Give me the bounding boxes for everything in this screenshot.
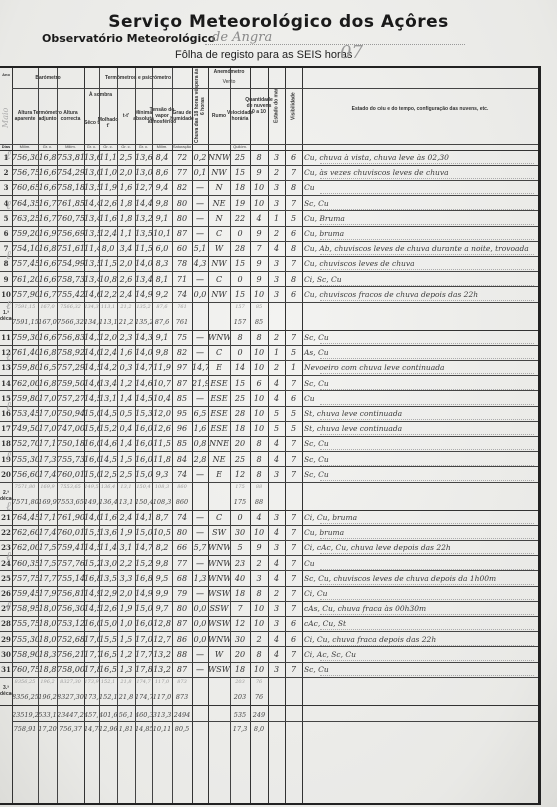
- cell-rain: —: [192, 662, 208, 677]
- cell-cor: 755,42: [57, 287, 84, 302]
- cell-rain: 0,0: [192, 616, 208, 631]
- cell-vap: 8,4: [152, 150, 172, 165]
- cell-cld: 2: [250, 632, 268, 647]
- cell-dir: WNW: [208, 632, 230, 647]
- cell-dry: 15,0: [84, 467, 99, 482]
- cell-min: 17,7: [135, 647, 152, 662]
- cell-day: 22: [0, 525, 12, 540]
- pencil-hum: 873: [172, 679, 192, 685]
- cell-vap: 9,2: [152, 287, 172, 302]
- cell-wet: 14,6: [99, 436, 117, 451]
- cell-dir: NE: [208, 196, 230, 211]
- cell-diff: 1,4: [117, 436, 135, 451]
- cell-vap: 9,8: [152, 196, 172, 211]
- cell-dry: 13,5: [84, 256, 99, 271]
- cell-hum: 82: [172, 345, 192, 360]
- cell-min: 17,0: [135, 632, 152, 647]
- cell-spd: 12: [230, 467, 250, 482]
- cell-hum: 78: [172, 256, 192, 271]
- cell-rain: 5,1: [192, 241, 208, 256]
- cell-sea: 3: [268, 180, 285, 195]
- decade-summary: 1.ª década7591,157591,15167,0167,07566,3…: [0, 302, 538, 330]
- sum-min: 150,4: [135, 498, 152, 506]
- pencil-cor: 7553,65: [57, 484, 84, 490]
- cell-hum: 74: [172, 510, 192, 525]
- cell-dry: 13,4: [84, 211, 99, 226]
- cell-vap: 12,8: [152, 616, 172, 631]
- cell-app: 763,25: [12, 211, 38, 226]
- cell-hum: 80: [172, 196, 192, 211]
- sum-cor: 7566,32: [57, 318, 84, 326]
- pencil-vap: 87,6: [152, 304, 172, 310]
- cell-vis: 7: [285, 376, 302, 391]
- sum-dry: 149,5: [84, 498, 99, 506]
- cell-diff: 2,0: [117, 256, 135, 271]
- cell-rain: —: [192, 196, 208, 211]
- cell-dir: W: [208, 647, 230, 662]
- cell-min: 16,0: [135, 452, 152, 467]
- cell-diff: 1,8: [117, 196, 135, 211]
- cell-dry: 11,4: [84, 241, 99, 256]
- cell-cor: 761,85: [57, 196, 84, 211]
- cell-min: 14,9: [135, 586, 152, 601]
- cell-vap: 9,4: [152, 180, 172, 195]
- cell-diff: 2,4: [117, 287, 135, 302]
- table-row: 2756,7516,6754,2913,011,02,013,08,6770,1…: [0, 165, 538, 180]
- cell-vis: 7: [285, 525, 302, 540]
- pencil-wet: 113,1: [99, 304, 117, 310]
- cell-rain: 1,3: [192, 571, 208, 586]
- cell-dry: 14,6: [84, 287, 99, 302]
- cell-cld: 10: [250, 616, 268, 631]
- cell-rain: 21,9: [192, 376, 208, 391]
- cell-app: 755,30: [12, 452, 38, 467]
- cell-diff: 1,3: [117, 662, 135, 677]
- table-row: 25757,7517,7755,1416,813,53,316,89,5681,…: [0, 571, 538, 586]
- cell-rain: —: [192, 330, 208, 345]
- cell-vis: 1: [285, 360, 302, 375]
- pencil-min: 150,4: [135, 484, 152, 490]
- mean-cld: 8,0: [250, 725, 268, 733]
- cell-sea: 3: [268, 467, 285, 482]
- cell-cld: 8: [250, 647, 268, 662]
- cell-vap: 9,7: [152, 601, 172, 616]
- cell-dry: 17,7: [84, 647, 99, 662]
- cell-cor: 753,81: [57, 150, 84, 165]
- cell-vap: 6,0: [152, 241, 172, 256]
- barometer-header: Barómetro: [12, 68, 84, 88]
- table-row: 11759,3016,6756,8314,312,02,314,39,175—W…: [0, 330, 538, 345]
- cell-vis: 6: [285, 287, 302, 302]
- cell-vis: 7: [285, 586, 302, 601]
- cell-wet: 14,5: [99, 452, 117, 467]
- table-row: 26759,4517,9756,8114,912,92,014,99,979—W…: [0, 586, 538, 601]
- cell-cld: 10: [250, 421, 268, 436]
- cell-sea: 1: [268, 211, 285, 226]
- sum-app: 7571,80: [12, 498, 38, 506]
- cell-day: 28: [0, 616, 12, 631]
- remarks-ruling: [320, 660, 534, 661]
- cell-th: 16,6: [38, 256, 57, 271]
- cell-cld: 10: [250, 196, 268, 211]
- cell-wet: 13,6: [99, 525, 117, 540]
- cell-wet: 13,4: [99, 376, 117, 391]
- margin-pencil-mark: ℓ: [6, 198, 11, 213]
- mean-th: 17,20: [38, 725, 57, 733]
- cell-dry: 14,9: [84, 586, 99, 601]
- sum-cld: 249: [250, 711, 268, 719]
- cell-vis: 7: [285, 452, 302, 467]
- cell-day: 14: [0, 376, 12, 391]
- bar-thermo-header: Termómetro adjunto: [38, 88, 57, 144]
- sum-cor: 7553,65: [57, 498, 84, 506]
- cell-cor: 755,73: [57, 452, 84, 467]
- cell-cld: 8: [250, 330, 268, 345]
- cell-hum: 95: [172, 406, 192, 421]
- table-row: 10757,9016,7755,4214,612,22,414,99,2740,…: [0, 287, 538, 302]
- sum-hum: 860: [172, 498, 192, 506]
- cell-hum: 96: [172, 421, 192, 436]
- cell-dir: N: [208, 211, 230, 226]
- cell-cld: 10: [250, 345, 268, 360]
- cell-app: 757,75: [12, 571, 38, 586]
- cell-sea: 3: [268, 540, 285, 555]
- cell-day: 2: [0, 165, 12, 180]
- mean-min: 14,85: [135, 725, 152, 733]
- cell-app: 756,60: [12, 467, 38, 482]
- cell-vis: 7: [285, 540, 302, 555]
- row-divider: [12, 88, 538, 89]
- cell-diff: 1,1: [117, 226, 135, 241]
- cell-wet: 12,2: [99, 287, 117, 302]
- cell-cor: 756,21: [57, 647, 84, 662]
- remarks-ruling: [320, 269, 534, 270]
- cell-dir: NNE: [208, 436, 230, 451]
- pencil-wet: 152,1: [99, 679, 117, 685]
- cell-wet: 16,5: [99, 662, 117, 677]
- pencil-vap: 108,3: [152, 484, 172, 490]
- cell-spd: 0: [230, 345, 250, 360]
- cell-sea: 3: [268, 196, 285, 211]
- cell-vap: 9,1: [152, 211, 172, 226]
- cell-spd: 15: [230, 165, 250, 180]
- remarks-ruling: [320, 343, 534, 344]
- cell-cor: 750,18: [57, 436, 84, 451]
- table-row: 31760,7518,8758,0017,816,51,317,813,287—…: [0, 662, 538, 677]
- cell-app: 761,40: [12, 345, 38, 360]
- cell-spd: 18: [230, 180, 250, 195]
- sum-spd: 175: [230, 498, 250, 506]
- cell-min: 15,2: [135, 556, 152, 571]
- cell-hum: 87: [172, 662, 192, 677]
- cell-sea: 2: [268, 330, 285, 345]
- observatory-label: Observatório Meteorológico: [42, 32, 215, 45]
- cell-rain: 0,8: [192, 436, 208, 451]
- cell-spd: 30: [230, 525, 250, 540]
- cell-th: 16,8: [38, 345, 57, 360]
- cell-spd: 30: [230, 632, 250, 647]
- cell-spd: 20: [230, 436, 250, 451]
- cell-cor: 756,69: [57, 226, 84, 241]
- cell-vis: 7: [285, 601, 302, 616]
- cell-cld: 9: [250, 540, 268, 555]
- mean-spd: 17,3: [230, 725, 250, 733]
- cell-th: 16,6: [38, 165, 57, 180]
- sum-th: 169,9: [38, 498, 57, 506]
- cell-vap: 9,3: [152, 467, 172, 482]
- sum-cld: 76: [250, 693, 268, 701]
- remarks-ruling: [320, 209, 534, 210]
- cell-vap: 10,1: [152, 226, 172, 241]
- cell-app: 759,80: [12, 360, 38, 375]
- cell-sea: 2: [268, 226, 285, 241]
- cell-vap: 11,8: [152, 452, 172, 467]
- remarks-ruling: [320, 480, 534, 481]
- cell-spd: 28: [230, 406, 250, 421]
- monthly-totals: 23519,20758,91533,117,2023447,27756,3745…: [0, 705, 538, 737]
- cell-dry: 14,5: [84, 601, 99, 616]
- cell-cor: 761,90: [57, 510, 84, 525]
- cell-app: 757,90: [12, 287, 38, 302]
- cell-vis: 6: [285, 616, 302, 631]
- mean-hum: 80,5: [172, 725, 192, 733]
- remarks-ruling: [320, 584, 534, 585]
- cell-min: 13,0: [135, 165, 152, 180]
- cell-hum: 68: [172, 571, 192, 586]
- cell-sea: 2: [268, 165, 285, 180]
- cell-th: 18,3: [38, 647, 57, 662]
- cell-cld: 8: [250, 586, 268, 601]
- sum-app: 23519,20: [12, 711, 38, 719]
- cell-app: 760,35: [12, 556, 38, 571]
- cell-diff: 2,4: [117, 510, 135, 525]
- cell-dir: ESE: [208, 376, 230, 391]
- cell-app: 756,75: [12, 165, 38, 180]
- cell-rain: 5,7: [192, 540, 208, 555]
- cell-cor: 752,68: [57, 632, 84, 647]
- cell-vis: 7: [285, 436, 302, 451]
- sum-app: 7591,15: [12, 318, 38, 326]
- cell-diff: 2,6: [117, 272, 135, 287]
- cell-app: 752,70: [12, 436, 38, 451]
- cell-th: 16,8: [38, 150, 57, 165]
- cell-app: 759,45: [12, 586, 38, 601]
- cell-hum: 86: [172, 632, 192, 647]
- cell-wet: 11,4: [99, 540, 117, 555]
- cell-min: 15,0: [135, 601, 152, 616]
- sum-spd: 535: [230, 711, 250, 719]
- sum-vap: 108,3: [152, 498, 172, 506]
- cell-dir: NW: [208, 256, 230, 271]
- cell-cld: 10: [250, 662, 268, 677]
- cell-spd: 19: [230, 196, 250, 211]
- sum-dry: 457,7: [84, 711, 99, 719]
- cell-dir: WSW: [208, 586, 230, 601]
- cell-vis: 5: [285, 421, 302, 436]
- service-title: Serviço Meteorológico dos Açôres: [0, 12, 557, 32]
- cell-app: 758,95: [12, 601, 38, 616]
- shade-header: À sombra: [84, 88, 117, 102]
- cell-dry: 14,6: [84, 376, 99, 391]
- cell-diff: 3,3: [117, 571, 135, 586]
- mean-wet: 12,96: [99, 725, 117, 733]
- cell-cor: 755,14: [57, 571, 84, 586]
- sum-diff: 21,8: [117, 693, 135, 701]
- cell-cor: 756,30: [57, 601, 84, 616]
- table-row: 27758,9518,0756,3014,512,61,915,09,7800,…: [0, 601, 538, 616]
- cell-diff: 2,0: [117, 586, 135, 601]
- cell-vis: 7: [285, 256, 302, 271]
- remarks-ruling: [320, 553, 534, 554]
- cell-rain: 4,3: [192, 256, 208, 271]
- table-row: 19755,3017,3755,7316,014,51,516,011,8842…: [0, 452, 538, 467]
- pencil-hum: 860: [172, 484, 192, 490]
- cell-th: 18,0: [38, 601, 57, 616]
- cell-rain: 6,5: [192, 406, 208, 421]
- cell-day: 30: [0, 647, 12, 662]
- pencil-th: 196,2: [38, 679, 57, 685]
- cell-rain: —: [192, 226, 208, 241]
- cell-diff: 0,3: [117, 360, 135, 375]
- table-row: 13759,8016,5757,2914,514,20,314,711,9971…: [0, 360, 538, 375]
- humidity-header: Grau de humidade: [172, 88, 192, 144]
- cell-vis: 6: [285, 632, 302, 647]
- cell-vap: 9,8: [152, 556, 172, 571]
- cell-day: 29: [0, 632, 12, 647]
- cell-cor: 758,92: [57, 345, 84, 360]
- cell-diff: 1,0: [117, 616, 135, 631]
- remarks-ruling: [320, 419, 534, 420]
- remarks-ruling: [320, 239, 534, 240]
- cell-th: 17,5: [38, 556, 57, 571]
- decade-summary: 2.ª década7571,807571,80169,9169,97553,6…: [0, 482, 538, 510]
- sum-diff: 56,1: [117, 711, 135, 719]
- wet-header: Molhado t': [99, 102, 117, 144]
- cell-dir: N: [208, 180, 230, 195]
- cell-sea: 3: [268, 601, 285, 616]
- cell-sea: 4: [268, 376, 285, 391]
- cell-spd: 22: [230, 211, 250, 226]
- mean-app: 758,91: [12, 725, 38, 733]
- table-row: 15759,8017,0757,2714,513,11,414,510,485—…: [0, 391, 538, 406]
- cell-spd: 40: [230, 571, 250, 586]
- cell-cor: 750,94: [57, 406, 84, 421]
- sum-hum: 873: [172, 693, 192, 701]
- cell-hum: 84: [172, 452, 192, 467]
- cell-wet: 11,9: [99, 180, 117, 195]
- cell-dry: 14,5: [84, 360, 99, 375]
- cell-rain: —: [192, 272, 208, 287]
- cell-vis: 7: [285, 510, 302, 525]
- cell-spd: 18: [230, 662, 250, 677]
- cell-vap: 9,9: [152, 586, 172, 601]
- remarks-ruling: [320, 389, 534, 390]
- cell-app: 755,30: [12, 632, 38, 647]
- cell-spd: 0: [230, 510, 250, 525]
- cell-spd: 20: [230, 647, 250, 662]
- cell-dir: C: [208, 272, 230, 287]
- cell-app: 756,30: [12, 150, 38, 165]
- cell-diff: 1,6: [117, 180, 135, 195]
- sum-diff: 21,2: [117, 318, 135, 326]
- sum-min: 460,3: [135, 711, 152, 719]
- sum-cld: 85: [250, 318, 268, 326]
- cell-wet: 15,5: [99, 632, 117, 647]
- cell-min: 16,0: [135, 616, 152, 631]
- cell-vis: 8: [285, 180, 302, 195]
- cell-min: 15,0: [135, 467, 152, 482]
- pencil-min: 135,2: [135, 304, 152, 310]
- cell-dry: 17,8: [84, 662, 99, 677]
- remarks-ruling: [320, 645, 534, 646]
- cell-dir: E: [208, 467, 230, 482]
- cell-th: 18,8: [38, 662, 57, 677]
- cell-rain: —: [192, 345, 208, 360]
- cell-th: 18,0: [38, 616, 57, 631]
- cell-cld: 9: [250, 272, 268, 287]
- cell-dry: 14,3: [84, 330, 99, 345]
- cell-vap: 13,2: [152, 662, 172, 677]
- cell-wet: 12,0: [99, 330, 117, 345]
- remarks-ruling: [320, 373, 534, 374]
- remarks-ruling: [320, 538, 534, 539]
- cell-vap: 8,7: [152, 510, 172, 525]
- cell-vap: 8,3: [152, 256, 172, 271]
- cell-cld: 8: [250, 436, 268, 451]
- remarks-ruling: [320, 629, 534, 630]
- register-sheet: Serviço Meteorológico dos Açôres Observa…: [0, 0, 557, 807]
- margin-pencil-mark: ℓ: [6, 449, 11, 464]
- cell-diff: 2,3: [117, 330, 135, 345]
- cell-cor: 758,73: [57, 272, 84, 287]
- cloud-header: Quantidade de nuvens 0 a 10: [250, 68, 268, 144]
- cell-spd: 0: [230, 226, 250, 241]
- cell-cor: 759,50: [57, 376, 84, 391]
- cell-diff: 2,0: [117, 165, 135, 180]
- cell-cld: 10: [250, 406, 268, 421]
- cell-spd: 14: [230, 360, 250, 375]
- cell-cld: 9: [250, 226, 268, 241]
- cell-diff: 1,6: [117, 345, 135, 360]
- table-row: 16753,4517,0750,9415,014,50,515,312,0956…: [0, 406, 538, 421]
- cell-app: 759,20: [12, 226, 38, 241]
- cell-wet: 14,5: [99, 406, 117, 421]
- cell-wet: 15,2: [99, 421, 117, 436]
- cell-min: 11,5: [135, 241, 152, 256]
- remarks-ruling: [320, 404, 534, 405]
- margin-pencil-mark: ℓ: [6, 399, 11, 414]
- cell-rain: —: [192, 211, 208, 226]
- cell-vap: 9,5: [152, 571, 172, 586]
- year-header: Ano: [0, 68, 12, 82]
- table-row: 17749,5017,0747,0015,615,20,416,012,6961…: [0, 421, 538, 436]
- cell-rain: 0,1: [192, 165, 208, 180]
- cell-dir: E: [208, 360, 230, 375]
- mean-cor: 756,37: [57, 725, 84, 733]
- cell-day: 25: [0, 571, 12, 586]
- cell-cor: 757,27: [57, 391, 84, 406]
- decade-label: 3.ª década: [0, 685, 12, 697]
- cell-sea: 2: [268, 586, 285, 601]
- cell-rain: 0,0: [192, 632, 208, 647]
- cell-app: 760,65: [12, 180, 38, 195]
- cell-sea: 5: [268, 421, 285, 436]
- cell-vis: 5: [285, 211, 302, 226]
- cell-min: 13,6: [135, 150, 152, 165]
- cell-cld: 8: [250, 452, 268, 467]
- cell-dry: 14,5: [84, 540, 99, 555]
- cell-th: 17,0: [38, 391, 57, 406]
